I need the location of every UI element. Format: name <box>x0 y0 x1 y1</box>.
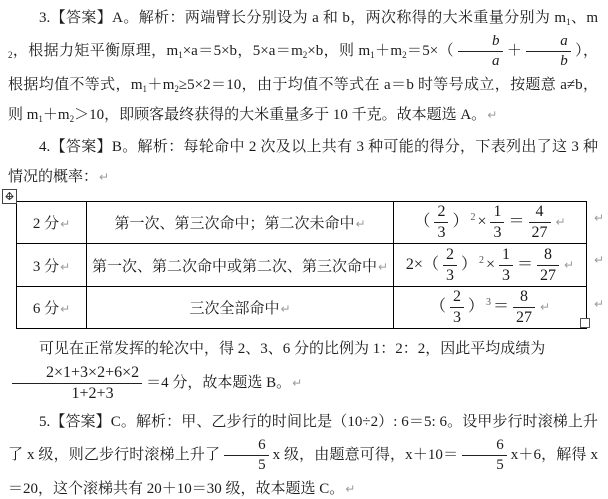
paragraph-mark-icon: ↵ <box>99 170 109 184</box>
probability-table-container: ↔ ↕ 2 分↵ 第一次、第三次命中；第二次未命中↵ （23）2×13＝427↵… <box>16 201 586 329</box>
fraction: 427 <box>529 203 551 242</box>
fraction: 65 <box>224 437 269 474</box>
table-move-handle[interactable]: ↔ ↕ <box>2 189 17 204</box>
fraction: 827 <box>537 246 559 285</box>
table-row: 6 分↵ 三次全部命中↵ （23）3＝827↵ <box>17 287 587 329</box>
paragraph-mark-icon: ↵ <box>487 108 497 122</box>
paragraph-mark-icon: ↵ <box>564 258 574 272</box>
cell-score: 2 分↵ <box>17 202 87 244</box>
cell-description: 第一次、第二次命中或第二次、第三次命中↵ <box>87 244 394 287</box>
paragraph-mark-icon: ↵ <box>540 300 550 314</box>
table-resize-handle[interactable] <box>580 318 590 328</box>
paragraph-answer-3: 3.【答案】A。解析：两端臂长分别设为 a 和 b，两次称得的大米重量分别为 m… <box>8 3 598 130</box>
move-cross-v-icon: ↕ <box>3 190 16 203</box>
fraction: 65 <box>462 437 507 474</box>
table-row: 3 分↵ 第一次、第二次命中或第二次、第三次命中↵ 2×（23）2×13＝827… <box>17 244 587 287</box>
fraction: 827 <box>513 288 535 327</box>
paragraph-mark-icon: ↵ <box>60 217 70 231</box>
paragraph-mark-icon: ↵ <box>60 260 70 274</box>
paragraph-average-score: 可见在正常发挥的轮次中，得 2、3、6 分的比例为 1：2：2，因此平均成绩为2… <box>8 334 598 403</box>
fraction: 23 <box>434 203 448 242</box>
fraction: 13 <box>499 246 513 285</box>
document-page: 3.【答案】A。解析：两端臂长分别设为 a 和 b，两次称得的大米重量分别为 m… <box>0 0 608 499</box>
paragraph-answer-4: 4.【答案】B。解析：每轮命中 2 次及以上共有 3 种可能的得分，下表列出了这… <box>8 132 598 192</box>
fraction: 2×1+3×2+6×21+2+3 <box>12 364 142 403</box>
cell-description: 三次全部命中↵ <box>87 287 394 329</box>
paragraph-mark-icon: ↵ <box>355 217 365 231</box>
paragraph-answer-5: 5.【答案】C。解析：甲、乙步行的时间比是（10÷2）: 6＝5: 6。设甲步行… <box>8 407 598 499</box>
paragraph-mark-icon: ↵ <box>60 302 70 316</box>
cell-score: 3 分↵ <box>17 244 87 287</box>
probability-table: 2 分↵ 第一次、第三次命中；第二次未命中↵ （23）2×13＝427↵ 3 分… <box>16 201 587 329</box>
fraction: 23 <box>443 246 457 285</box>
table-row: 2 分↵ 第一次、第三次命中；第二次未命中↵ （23）2×13＝427↵ <box>17 202 587 244</box>
row-end-paragraph-mark: ↵ <box>594 211 604 225</box>
fraction: 23 <box>450 288 464 327</box>
fraction: ab <box>526 33 571 70</box>
cell-probability: （23）2×13＝427↵ <box>394 202 587 244</box>
paragraph-mark-icon: ↵ <box>345 482 355 496</box>
fraction: ba <box>458 33 503 70</box>
paragraph-mark-icon: ↵ <box>292 376 302 390</box>
paragraph-mark-icon: ↵ <box>556 215 566 229</box>
cell-description: 第一次、第三次命中；第二次未命中↵ <box>87 202 394 244</box>
fraction: 13 <box>490 203 504 242</box>
paragraph-mark-icon: ↵ <box>378 260 388 274</box>
cell-score: 6 分↵ <box>17 287 87 329</box>
paragraph-mark-icon: ↵ <box>280 302 290 316</box>
cell-probability: 2×（23）2×13＝827↵ <box>394 244 587 287</box>
cell-probability: （23）3＝827↵ <box>394 287 587 329</box>
row-end-paragraph-mark: ↵ <box>594 253 604 267</box>
row-end-paragraph-mark: ↵ <box>594 297 604 311</box>
